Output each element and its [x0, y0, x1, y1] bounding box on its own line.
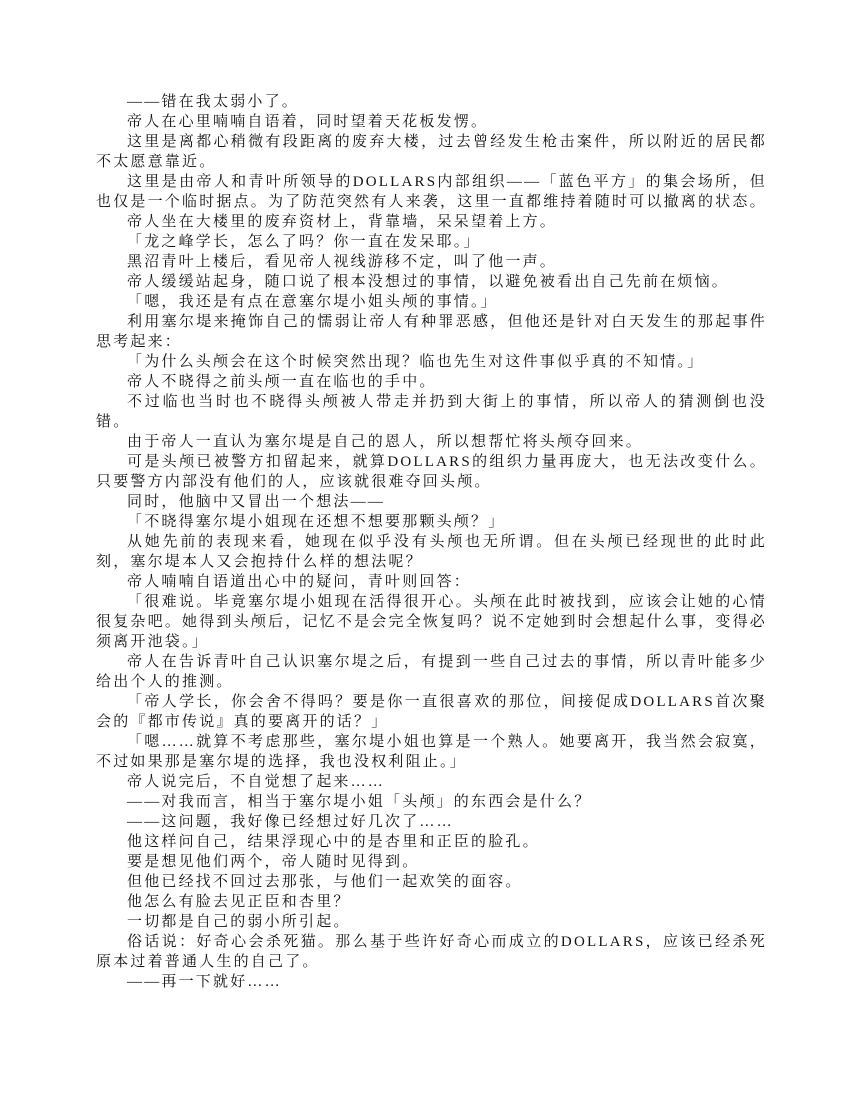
- paragraph: ——错在我太弱小了。: [96, 92, 767, 112]
- paragraph: 从她先前的表现来看，她现在似乎没有头颅也无所谓。但在头颅已经现世的此时此刻，塞尔…: [96, 532, 767, 572]
- paragraph: 一切都是自己的弱小所引起。: [96, 912, 767, 932]
- paragraph: 「龙之峰学长，怎么了吗？你一直在发呆耶。」: [96, 232, 767, 252]
- paragraph: 「很难说。毕竟塞尔堤小姐现在活得很开心。头颅在此时被找到，应该会让她的心情很复杂…: [96, 592, 767, 652]
- document-viewport: { "document": { "type": "novel-page", "b…: [0, 0, 850, 1100]
- paragraph: 黑沼青叶上楼后，看见帝人视线游移不定，叫了他一声。: [96, 252, 767, 272]
- paragraph: 帝人坐在大楼里的废弃资材上，背靠墙，呆呆望着上方。: [96, 212, 767, 232]
- paragraph: 帝人说完后，不自觉想了起来……: [96, 772, 767, 792]
- paragraph: 「为什么头颅会在这个时候突然出现？临也先生对这件事似乎真的不知情。」: [96, 352, 767, 372]
- paragraph: 但他已经找不回过去那张，与他们一起欢笑的面容。: [96, 872, 767, 892]
- paragraph: 帝人在告诉青叶自己认识塞尔堤之后，有提到一些自己过去的事情，所以青叶能多少给出个…: [96, 652, 767, 692]
- paragraph: 「嗯，我还是有点在意塞尔堤小姐头颅的事情。」: [96, 292, 767, 312]
- paragraph: 利用塞尔堤来掩饰自己的懦弱让帝人有种罪恶感，但他还是针对白天发生的那起事件思考起…: [96, 312, 767, 352]
- paragraph: 他这样问自己，结果浮现心中的是杏里和正臣的脸孔。: [96, 832, 767, 852]
- paragraph: ——再一下就好……: [96, 972, 767, 992]
- paragraph: 帝人在心里喃喃自语着，同时望着天花板发愣。: [96, 112, 767, 132]
- paragraph: 同时，他脑中又冒出一个想法——: [96, 492, 767, 512]
- paragraph: 帝人喃喃自语道出心中的疑问，青叶则回答：: [96, 572, 767, 592]
- paragraph: 不过临也当时也不晓得头颅被人带走并扔到大街上的事情，所以帝人的猜测倒也没错。: [96, 392, 767, 432]
- paragraph: 帝人不晓得之前头颅一直在临也的手中。: [96, 372, 767, 392]
- paragraph: 可是头颅已被警方扣留起来，就算DOLLARS的组织力量再庞大，也无法改变什么。只…: [96, 452, 767, 492]
- novel-page: ——错在我太弱小了。帝人在心里喃喃自语着，同时望着天花板发愣。这里是离都心稍微有…: [0, 0, 850, 1100]
- paragraph: ——对我而言，相当于塞尔堤小姐「头颅」的东西会是什么？: [96, 792, 767, 812]
- paragraph: ——这问题，我好像已经想过好几次了……: [96, 812, 767, 832]
- paragraph: 俗话说：好奇心会杀死猫。那么基于些许好奇心而成立的DOLLARS，应该已经杀死原…: [96, 932, 767, 972]
- paragraph: 帝人缓缓站起身，随口说了根本没想过的事情，以避免被看出自己先前在烦恼。: [96, 272, 767, 292]
- paragraph: 这里是由帝人和青叶所领导的DOLLARS内部组织——「蓝色平方」的集会场所，但也…: [96, 172, 767, 212]
- paragraph: 这里是离都心稍微有段距离的废弃大楼，过去曾经发生枪击案件，所以附近的居民都不太愿…: [96, 132, 767, 172]
- paragraph: 「嗯……就算不考虑那些，塞尔堤小姐也算是一个熟人。她要离开，我当然会寂寞，不过如…: [96, 732, 767, 772]
- paragraph: 他怎么有脸去见正臣和杏里？: [96, 892, 767, 912]
- paragraph: 「帝人学长，你会舍不得吗？要是你一直很喜欢的那位，间接促成DOLLARS首次聚会…: [96, 692, 767, 732]
- paragraph: 由于帝人一直认为塞尔堤是自己的恩人，所以想帮忙将头颅夺回来。: [96, 432, 767, 452]
- novel-text-body: ——错在我太弱小了。帝人在心里喃喃自语着，同时望着天花板发愣。这里是离都心稍微有…: [96, 92, 767, 992]
- paragraph: 「不晓得塞尔堤小姐现在还想不想要那颗头颅？」: [96, 512, 767, 532]
- paragraph: 要是想见他们两个，帝人随时见得到。: [96, 852, 767, 872]
